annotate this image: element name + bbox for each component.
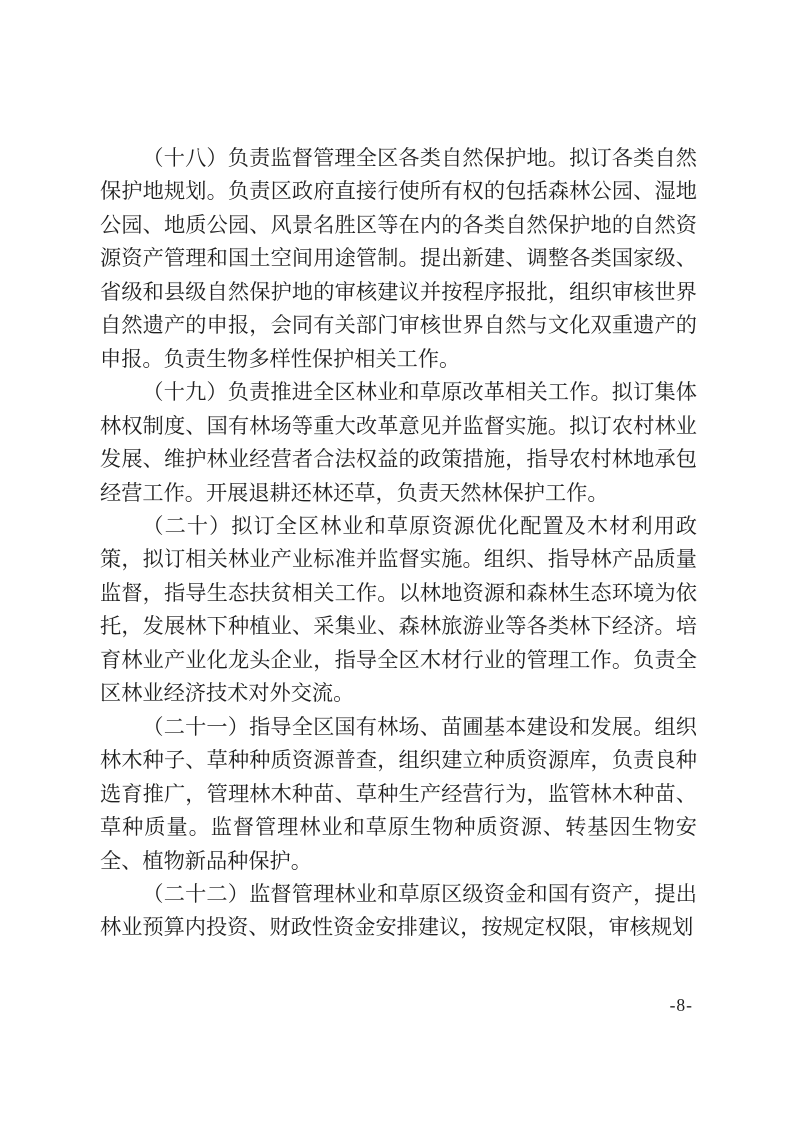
paragraph-item-22: （二十二）监督管理林业和草原区级资金和国有资产，提出林业预算内投资、财政性资金安…	[100, 878, 697, 945]
paragraph-item-18: （十八）负责监督管理全区各类自然保护地。拟订各类自然保护地规划。负责区政府直接行…	[100, 142, 697, 376]
document-page: （十八）负责监督管理全区各类自然保护地。拟订各类自然保护地规划。负责区政府直接行…	[0, 0, 793, 1122]
page-number: -8-	[670, 995, 693, 1016]
paragraph-item-21: （二十一）指导全区国有林场、苗圃基本建设和发展。组织林木种子、草种种质资源普查，…	[100, 711, 697, 878]
paragraph-item-20: （二十）拟订全区林业和草原资源优化配置及木材利用政策，拟订相关林业产业标准并监督…	[100, 510, 697, 711]
paragraph-item-19: （十九）负责推进全区林业和草原改革相关工作。拟订集体林权制度、国有林场等重大改革…	[100, 376, 697, 510]
document-body: （十八）负责监督管理全区各类自然保护地。拟订各类自然保护地规划。负责区政府直接行…	[100, 142, 697, 945]
